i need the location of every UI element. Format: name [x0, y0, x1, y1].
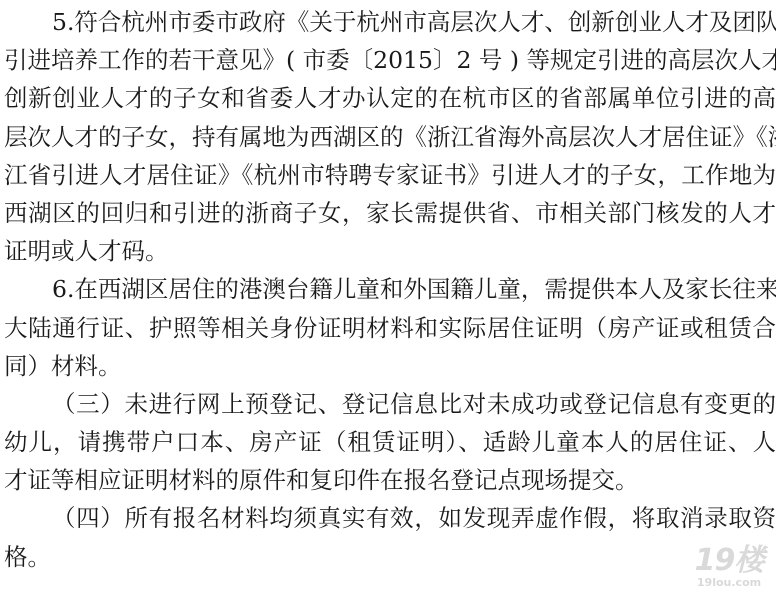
- paragraph-item-6: 6.在西湖区居住的港澳台籍儿童和外国籍儿童，需提供本人及家长往来 大陆通行证、护…: [4, 270, 776, 385]
- text-line: 证明或人才码。: [4, 232, 776, 270]
- text-line: 层次人才的子女，持有属地为西湖区的《浙江省海外高层次人才居住证》《浙: [4, 118, 776, 156]
- paragraph-item-5: 5.符合杭州市委市政府《关于杭州市高层次人才、创新创业人才及团队 引进培养工作的…: [4, 3, 776, 270]
- text-line: 才证等相应证明材料的原件和复印件在报名登记点现场提交。: [4, 461, 776, 499]
- text-line: （四）所有报名材料均须真实有效，如发现弄虚作假，将取消录取资: [4, 499, 776, 537]
- text-line: 格。: [4, 538, 776, 576]
- paragraph-section-4: （四）所有报名材料均须真实有效，如发现弄虚作假，将取消录取资 格。: [4, 499, 776, 575]
- text-line: 5.符合杭州市委市政府《关于杭州市高层次人才、创新创业人才及团队: [4, 3, 776, 41]
- text-line: 大陆通行证、护照等相关身份证明材料和实际居住证明（房产证或租赁合: [4, 309, 776, 347]
- paragraph-section-3: （三）未进行网上预登记、登记信息比对未成功或登记信息有变更的 幼儿，请携带户口本…: [4, 385, 776, 500]
- text-line: 西湖区的回归和引进的浙商子女，家长需提供省、市相关部门核发的人才: [4, 194, 776, 232]
- text-line: 6.在西湖区居住的港澳台籍儿童和外国籍儿童，需提供本人及家长往来: [4, 270, 776, 308]
- document-body: 5.符合杭州市委市政府《关于杭州市高层次人才、创新创业人才及团队 引进培养工作的…: [4, 3, 776, 576]
- watermark-logo: 19楼 19lou.com: [688, 545, 770, 595]
- text-line: （三）未进行网上预登记、登记信息比对未成功或登记信息有变更的: [4, 385, 776, 423]
- watermark-logo-text: 19楼: [688, 545, 770, 577]
- text-line: 同）材料。: [4, 347, 776, 385]
- text-line: 江省引进人才居住证》《杭州市特聘专家证书》引进人才的子女，工作地为: [4, 156, 776, 194]
- watermark-site-text: 19lou.com: [688, 577, 770, 589]
- text-line: 创新创业人才的子女和省委人才办认定的在杭市区的省部属单位引进的高: [4, 79, 776, 117]
- text-line: 幼儿，请携带户口本、房产证（租赁证明）、适龄儿童本人的居住证、人: [4, 423, 776, 461]
- text-line: 引进培养工作的若干意见》( 市委〔2015〕2 号 ) 等规定引进的高层次人才、: [4, 41, 776, 79]
